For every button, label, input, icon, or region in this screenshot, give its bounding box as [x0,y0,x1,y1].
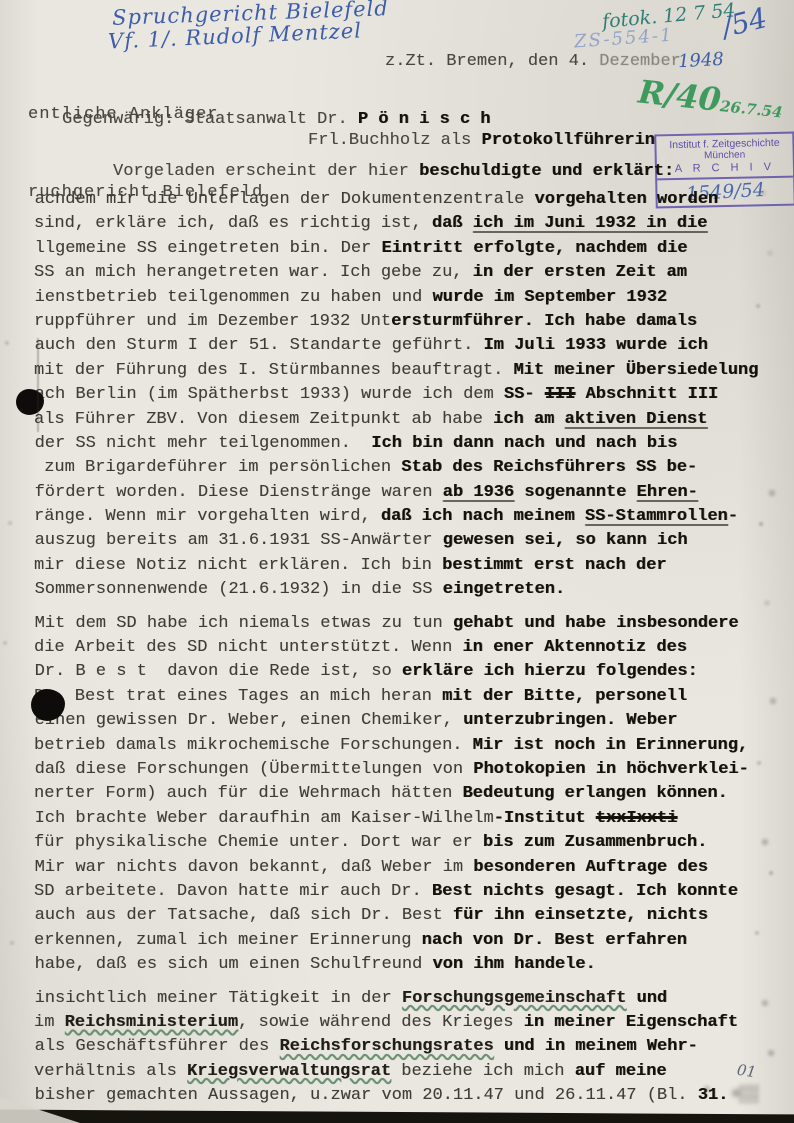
body-line: der SS nicht mehr teilgenommen. Ich bin … [35,434,759,458]
body-line: ruppführer und im Dezember 1932 Unterstu… [34,312,758,336]
text-segment: bis zum Zusammenbruch. [483,833,707,852]
lead-in-normal: Vorgeladen erscheint der hier [113,162,419,181]
text-segment: habe, daß es sich um einen Schulfreund [35,955,433,974]
text-segment: einen gewissen Dr. Weber, einen Chemiker… [35,711,463,730]
body-line: ränge. Wenn mir vorgehalten wird, daß ic… [34,507,758,531]
text-segment: in ener Aktennotiz des [462,638,686,657]
scan-edge-band [0,1110,794,1123]
text-segment: Abschnitt III [575,385,718,404]
text-segment: Sommersonnenwende (21.6.1932) in die SS [35,580,443,599]
body-line: achdem mir die Unterlagen der Dokumenten… [35,190,759,214]
text-segment: nerter Form) auch für die Wehrmach hätte… [34,784,462,803]
text-segment: betrieb damals mikrochemische Forschunge… [34,736,473,755]
text-segment: ersturmführer. Ich habe damals [391,312,697,331]
body-line: habe, daß es sich um einen Schulfreund v… [35,955,759,979]
text-segment: txxIxxti [596,809,678,828]
text-segment: Dr. Best trat eines Tages an mich heran [34,687,442,706]
text-segment: Mit meiner Übersiedelung [513,361,758,380]
text-segment: für ihn einsetzte, nichts [453,906,708,925]
text-segment: aktiven Dienst [565,410,708,429]
text-segment: und in meinem Wehr- [494,1037,698,1056]
text-segment: mit der Bitte, personell [442,687,687,706]
text-segment: daß diese Forschungen (Übermittelungen v… [35,760,474,779]
text-segment: bestimmt erst nach der [442,556,666,575]
fold-mark [37,338,39,432]
text-segment: daß ich nach meinem [381,507,585,526]
text-segment: und [626,989,667,1008]
text-segment: - [728,507,738,526]
paragraph: achdem mir die Unterlagen der Dokumenten… [34,190,758,605]
text-segment: ienstbetrieb teilgenommen zu haben und [35,288,433,307]
handwritten-pen-mark: 01 [736,1061,757,1081]
text-segment: SS-Stammrollen [585,507,728,526]
text-segment: Reichsministerium [65,1013,238,1032]
green-registry-part1: R/40 [636,73,722,119]
body-line: für physikalische Chemie unter. Dort war… [34,833,758,857]
body-line: llgemeine SS eingetreten bin. Der Eintri… [35,239,759,263]
body-line: mit der Führung des I. Stürmbannes beauf… [34,361,758,385]
text-segment: daß [432,214,473,233]
text-segment: im [34,1013,65,1032]
present-line: Gegenwärig: Staatsanwalt Dr. P ö n i s c… [62,110,490,129]
body-line: Dr. B e s t davon die Rede ist, so erklä… [35,662,759,686]
text-segment: mir diese Notiz nicht erklären. Ich bin [34,556,442,575]
text-segment: Eintritt erfolgte, nachdem die [381,239,687,258]
body-line: insichtlich meiner Tätigkeit in der Fors… [35,989,759,1013]
text-segment: gehabt und habe insbesondere [453,614,739,633]
text-segment: auch aus der Tatsache, daß sich Dr. Best [35,906,453,925]
text-segment: vorgehalten worden [534,190,718,209]
text-segment: Mit dem SD habe ich niemals etwas zu tun [35,614,453,633]
recorder-role: Protokollführerin [481,131,654,150]
text-segment: erkläre ich hierzu folgendes: [402,662,698,681]
body-line: als Geschäftsführer des Reichsforschungs… [35,1037,759,1061]
handwritten-zs-number: ZS-554-1 [573,25,674,53]
body-line: im Reichsministerium, sowie während des … [34,1013,758,1037]
body-line: mir diese Notiz nicht erklären. Ich bin … [34,556,758,580]
text-segment: ränge. Wenn mir vorgehalten wird, [34,507,381,526]
text-segment: nach von Dr. Best erfahren [422,931,687,950]
body-line: Mir war nichts davon bekannt, daß Weber … [35,858,759,882]
body-line: zum Brigardeführer im persönlichen Stab … [34,458,758,482]
text-segment: ▒▒ [728,1086,759,1105]
text-segment: sogenannte [514,483,636,502]
text-segment: Bedeutung erlangen können. [462,784,727,803]
body-line: Sommersonnenwende (21.6.1932) in die SS … [35,580,759,604]
text-segment: Photokopien in höchverklei- [473,760,748,779]
text-segment: ich am [493,410,564,429]
text-segment: als Geschäftsführer des [35,1037,280,1056]
text-segment: Ehren- [637,483,698,502]
text-segment: als Führer ZBV. Von diesem Zeitpunkt ab … [34,410,493,429]
text-segment: erkennen, zumal ich meiner Erinnerung [34,931,422,950]
text-segment: beziehe ich mich [391,1062,575,1081]
text-segment: für physikalische Chemie unter. Dort war… [34,833,483,852]
handwritten-year: 1948 [677,49,724,72]
recorder-line: Frl.Buchholz als Protokollführerin [308,131,655,150]
text-segment: ich im Juni 1932 in die [473,214,708,233]
document-body: achdem mir die Unterlagen der Dokumenten… [34,190,758,1110]
text-segment: besonderen Auftrage des [473,858,708,877]
text-segment: auch den Sturm I der 51. Standarte gefüh… [35,336,484,355]
text-segment: Mir ist noch in Erinnerung, [473,736,748,755]
lead-in-bold: beschuldigte und erklärt: [419,162,674,181]
text-segment: der SS nicht mehr teilgenommen. [35,434,372,453]
body-line: ienstbetrieb teilgenommen zu haben und w… [35,288,759,312]
document-page: Spruchgericht Bielefeld Vf. 1/. Rudolf M… [0,0,794,1123]
body-line: verhältnis als Kriegsverwaltungsrat bezi… [34,1062,758,1086]
text-segment: llgemeine SS eingetreten bin. Der [35,239,382,258]
text-segment: Forschungsgemeinschaft [402,989,626,1008]
body-line: fördert worden. Diese Dienstränge waren … [35,483,759,507]
text-segment: ach Berlin (im Spätherbst 1933) wurde ic… [35,385,504,404]
body-line: bisher gemachten Aussagen, u.zwar vom 20… [35,1086,759,1110]
text-segment: Best nichts gesagt. Ich konnte [432,882,738,901]
body-line: betrieb damals mikrochemische Forschunge… [34,736,758,760]
text-segment: , sowie während des Krieges [238,1013,524,1032]
body-line: auszug bereits am 31.6.1931 SS-Anwärter … [35,531,759,555]
text-segment: in meiner Eigenschaft [524,1013,738,1032]
text-segment: Reichsforschungsrates [279,1037,493,1056]
handwritten-green-registry: R/4026.7.54 [636,73,785,126]
text-segment: SD arbeitete. Davon hatte mir auch Dr. [34,882,432,901]
photocopy-specks [0,0,2,2]
body-line: auch den Sturm I der 51. Standarte gefüh… [35,336,759,360]
text-segment: Kriegsverwaltungsrat [187,1062,391,1081]
text-segment: Ich brachte Weber daraufhin am Kaiser-Wi… [35,809,494,828]
text-segment: unterzubringen. Weber [463,711,677,730]
text-segment: in der ersten Zeit am [473,263,687,282]
text-segment: -Institut [494,809,596,828]
text-segment: sind, erkläre ich, daß es richtig ist, [34,214,432,233]
text-segment: von ihm handele. [432,955,595,974]
body-line: sind, erkläre ich, daß es richtig ist, d… [34,214,758,238]
text-segment: auszug bereits am 31.6.1931 SS-Anwärter [35,531,443,550]
text-segment: auf meine [575,1062,667,1081]
body-line: Ich brachte Weber daraufhin am Kaiser-Wi… [35,809,759,833]
text-segment: Ich bin dann nach und nach bis [371,434,677,453]
text-segment: eingetreten. [443,580,565,599]
paragraph: insichtlich meiner Tätigkeit in der Fors… [34,989,758,1111]
body-line: Dr. Best trat eines Tages an mich heran … [34,687,758,711]
text-segment: ruppführer und im Dezember 1932 Unt [34,312,391,331]
green-registry-part2: 26.7.54 [719,97,783,121]
body-line: erkennen, zumal ich meiner Erinnerung na… [34,931,758,955]
body-line: einen gewissen Dr. Weber, einen Chemiker… [35,711,759,735]
text-segment: insichtlich meiner Tätigkeit in der [35,989,402,1008]
present-label: Gegenwärig: Staatsanwalt Dr. [62,110,358,129]
body-line: ach Berlin (im Spätherbst 1933) wurde ic… [35,385,759,409]
text-segment: ab 1936 [443,483,514,502]
lead-in-line: Vorgeladen erscheint der hier beschuldig… [113,162,674,181]
body-line: SD arbeitete. Davon hatte mir auch Dr. B… [34,882,758,906]
present-name: P ö n i s c h [358,110,491,129]
text-segment: achdem mir die Unterlagen der Dokumenten… [35,190,535,209]
body-line: als Führer ZBV. Von diesem Zeitpunkt ab … [34,410,758,434]
text-segment: fördert worden. Diese Dienstränge waren [35,483,443,502]
stamp-archiv-line: A R C H I V [659,161,791,177]
text-segment: wurde im September 1932 [432,288,667,307]
body-line: daß diese Forschungen (Übermittelungen v… [35,760,759,784]
text-segment: III [545,385,576,404]
text-segment: mit der Führung des I. Stürmbannes beauf… [34,361,513,380]
text-segment: gewesen sei, so kann ich [443,531,688,550]
place-date-prefix: z.Zt. Bremen, den 4. [385,52,599,71]
recorder-prefix: Frl.Buchholz als [308,131,481,150]
body-line: Mit dem SD habe ich niemals etwas zu tun… [35,614,759,638]
text-segment: Mir war nichts davon bekannt, daß Weber … [35,858,474,877]
text-segment: SS- [504,385,545,404]
text-segment: verhältnis als [34,1062,187,1081]
text-segment: bisher gemachten Aussagen, u.zwar vom 20… [35,1086,698,1105]
place-date-line: z.Zt. Bremen, den 4. Dezember [385,52,681,71]
text-segment: zum Brigardeführer im persönlichen [34,458,401,477]
body-line: SS an mich herangetreten war. Ich gebe z… [34,263,758,287]
text-segment: die Arbeit des SD nicht unterstützt. Wen… [34,638,462,657]
body-line: auch aus der Tatsache, daß sich Dr. Best… [35,906,759,930]
text-segment: Stab des Reichsführers SS be- [401,458,697,477]
text-segment: Dr. B e s t davon die Rede ist, so [35,662,402,681]
body-line: nerter Form) auch für die Wehrmach hätte… [34,784,758,808]
text-segment: Im Juli 1933 wurde ich [483,336,707,355]
paragraph: Mit dem SD habe ich niemals etwas zu tun… [34,614,758,980]
text-segment: SS an mich herangetreten war. Ich gebe z… [34,263,473,282]
date-month-faint: Dezember [599,52,681,71]
text-segment: 31. [698,1086,729,1105]
body-line: die Arbeit des SD nicht unterstützt. Wen… [34,638,758,662]
